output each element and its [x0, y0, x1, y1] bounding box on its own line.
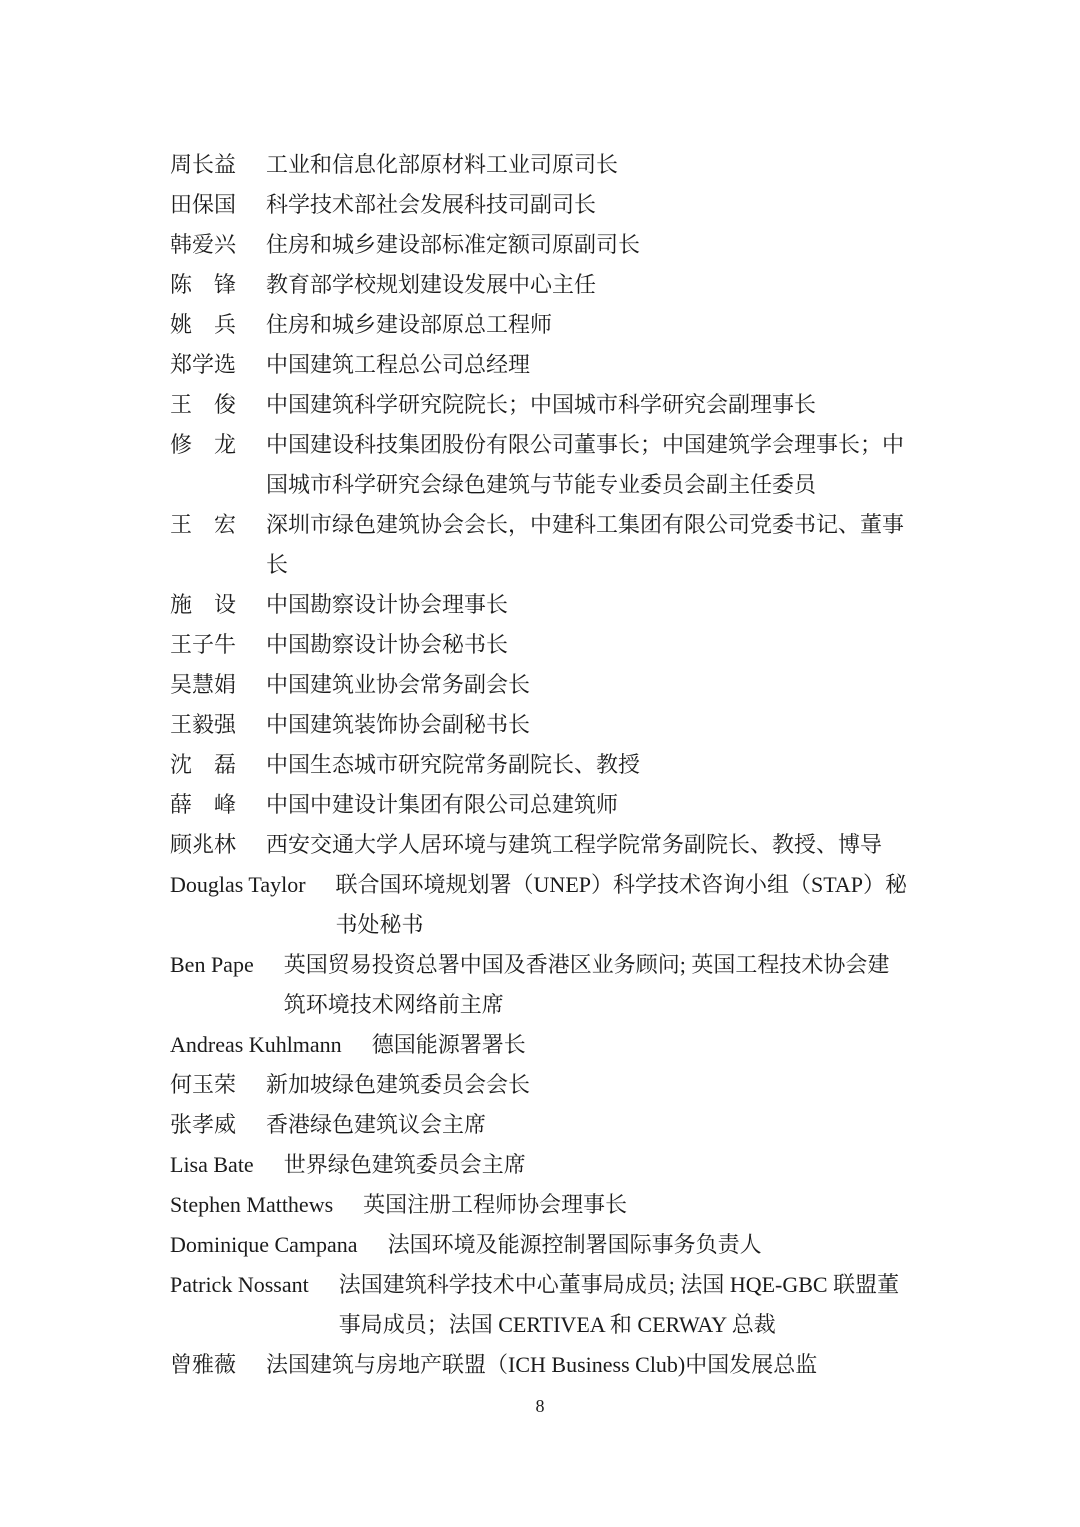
roster-entry: 王子牛 中国勘察设计协会秘书长: [170, 625, 962, 665]
roster-entry: 田保国 科学技术部社会发展科技司副司长: [170, 185, 962, 225]
roster-entry: Dominique Campana 法国环境及能源控制署国际事务负责人: [170, 1225, 962, 1265]
person-title: 科学技术部社会发展科技司副司长: [266, 185, 962, 225]
roster-entry: Douglas Taylor 联合国环境规划署（UNEP）科学技术咨询小组（ST…: [170, 865, 962, 945]
roster-entry: 张孝威 香港绿色建筑议会主席: [170, 1105, 962, 1145]
person-title: 深圳市绿色建筑协会会长，中建科工集团有限公司党委书记、董事 长: [266, 505, 962, 585]
person-title: 中国建设科技集团股份有限公司董事长；中国建筑学会理事长；中 国城市科学研究会绿色…: [266, 425, 962, 505]
person-title: 住房和城乡建设部标准定额司原副司长: [266, 225, 962, 265]
person-title: 英国注册工程师协会理事长: [363, 1185, 962, 1225]
person-title: 法国环境及能源控制署国际事务负责人: [388, 1225, 962, 1265]
person-name: 张孝威: [170, 1105, 236, 1145]
person-name: 王 宏: [170, 505, 236, 545]
document-page: 周长益 工业和信息化部原材料工业司原司长 田保国 科学技术部社会发展科技司副司长…: [0, 0, 1080, 1527]
person-title: 新加坡绿色建筑委员会会长: [266, 1065, 962, 1105]
page-number: 8: [536, 1396, 545, 1416]
roster-entry: 薛 峰 中国中建设计集团有限公司总建筑师: [170, 785, 962, 825]
roster-entry: 修 龙 中国建设科技集团股份有限公司董事长；中国建筑学会理事长；中 国城市科学研…: [170, 425, 962, 505]
roster-entry: 王 俊 中国建筑科学研究院院长；中国城市科学研究会副理事长: [170, 385, 962, 425]
person-name: 王 俊: [170, 385, 236, 425]
roster-entry: 陈 锋 教育部学校规划建设发展中心主任: [170, 265, 962, 305]
person-title: 联合国环境规划署（UNEP）科学技术咨询小组（STAP）秘 书处秘书: [336, 865, 962, 945]
roster-entry: Ben Pape 英国贸易投资总署中国及香港区业务顾问; 英国工程技术协会建 筑…: [170, 945, 962, 1025]
person-name: 顾兆林: [170, 825, 236, 865]
roster-entry: 何玉荣 新加坡绿色建筑委员会会长: [170, 1065, 962, 1105]
roster-entry: Lisa Bate 世界绿色建筑委员会主席: [170, 1145, 962, 1185]
person-name: 郑学选: [170, 345, 236, 385]
person-name: Ben Pape: [170, 945, 254, 985]
person-name: 周长益: [170, 145, 236, 185]
roster-entry: 姚 兵 住房和城乡建设部原总工程师: [170, 305, 962, 345]
person-title: 教育部学校规划建设发展中心主任: [266, 265, 962, 305]
person-title: 德国能源署署长: [372, 1025, 962, 1065]
roster-entry: 王毅强 中国建筑装饰协会副秘书长: [170, 705, 962, 745]
person-title: 中国生态城市研究院常务副院长、教授: [266, 745, 962, 785]
page-footer: 8: [0, 1394, 1080, 1418]
roster-entry: 韩爱兴 住房和城乡建设部标准定额司原副司长: [170, 225, 962, 265]
roster-list: 周长益 工业和信息化部原材料工业司原司长 田保国 科学技术部社会发展科技司副司长…: [170, 145, 962, 1385]
roster-entry: Andreas Kuhlmann 德国能源署署长: [170, 1025, 962, 1065]
person-name: 沈 磊: [170, 745, 236, 785]
person-name: Stephen Matthews: [170, 1185, 333, 1225]
person-title: 中国建筑装饰协会副秘书长: [266, 705, 962, 745]
person-title: 英国贸易投资总署中国及香港区业务顾问; 英国工程技术协会建 筑环境技术网络前主席: [284, 945, 962, 1025]
person-title: 法国建筑科学技术中心董事局成员; 法国 HQE-GBC 联盟董 事局成员；法国 …: [339, 1265, 962, 1345]
roster-entry: 周长益 工业和信息化部原材料工业司原司长: [170, 145, 962, 185]
person-name: 王毅强: [170, 705, 236, 745]
roster-entry: 沈 磊 中国生态城市研究院常务副院长、教授: [170, 745, 962, 785]
person-title: 住房和城乡建设部原总工程师: [266, 305, 962, 345]
person-name: 何玉荣: [170, 1065, 236, 1105]
person-title: 中国勘察设计协会秘书长: [266, 625, 962, 665]
person-name: 施 设: [170, 585, 236, 625]
person-title: 香港绿色建筑议会主席: [266, 1105, 962, 1145]
roster-entry: 施 设 中国勘察设计协会理事长: [170, 585, 962, 625]
person-name: 修 龙: [170, 425, 236, 465]
person-name: Douglas Taylor: [170, 865, 306, 905]
roster-entry: Patrick Nossant 法国建筑科学技术中心董事局成员; 法国 HQE-…: [170, 1265, 962, 1345]
person-title: 西安交通大学人居环境与建筑工程学院常务副院长、教授、博导: [266, 825, 962, 865]
person-title: 中国中建设计集团有限公司总建筑师: [266, 785, 962, 825]
roster-entry: 郑学选 中国建筑工程总公司总经理: [170, 345, 962, 385]
roster-entry: Stephen Matthews 英国注册工程师协会理事长: [170, 1185, 962, 1225]
person-title: 中国建筑科学研究院院长；中国城市科学研究会副理事长: [266, 385, 962, 425]
person-name: 姚 兵: [170, 305, 236, 345]
person-name: Patrick Nossant: [170, 1265, 309, 1305]
person-name: 吴慧娟: [170, 665, 236, 705]
person-title: 中国勘察设计协会理事长: [266, 585, 962, 625]
person-name: 薛 峰: [170, 785, 236, 825]
person-name: 田保国: [170, 185, 236, 225]
roster-entry: 王 宏 深圳市绿色建筑协会会长，中建科工集团有限公司党委书记、董事 长: [170, 505, 962, 585]
person-title: 世界绿色建筑委员会主席: [284, 1145, 962, 1185]
person-title: 法国建筑与房地产联盟（ICH Business Club)中国发展总监: [266, 1345, 962, 1385]
person-name: Andreas Kuhlmann: [170, 1025, 342, 1065]
person-name: 王子牛: [170, 625, 236, 665]
roster-entry: 顾兆林 西安交通大学人居环境与建筑工程学院常务副院长、教授、博导: [170, 825, 962, 865]
person-name: Lisa Bate: [170, 1145, 254, 1185]
person-name: 曾雅薇: [170, 1345, 236, 1385]
person-name: Dominique Campana: [170, 1225, 358, 1265]
person-name: 韩爱兴: [170, 225, 236, 265]
roster-entry: 曾雅薇 法国建筑与房地产联盟（ICH Business Club)中国发展总监: [170, 1345, 962, 1385]
person-title: 中国建筑工程总公司总经理: [266, 345, 962, 385]
person-name: 陈 锋: [170, 265, 236, 305]
roster-entry: 吴慧娟 中国建筑业协会常务副会长: [170, 665, 962, 705]
person-title: 工业和信息化部原材料工业司原司长: [266, 145, 962, 185]
person-title: 中国建筑业协会常务副会长: [266, 665, 962, 705]
